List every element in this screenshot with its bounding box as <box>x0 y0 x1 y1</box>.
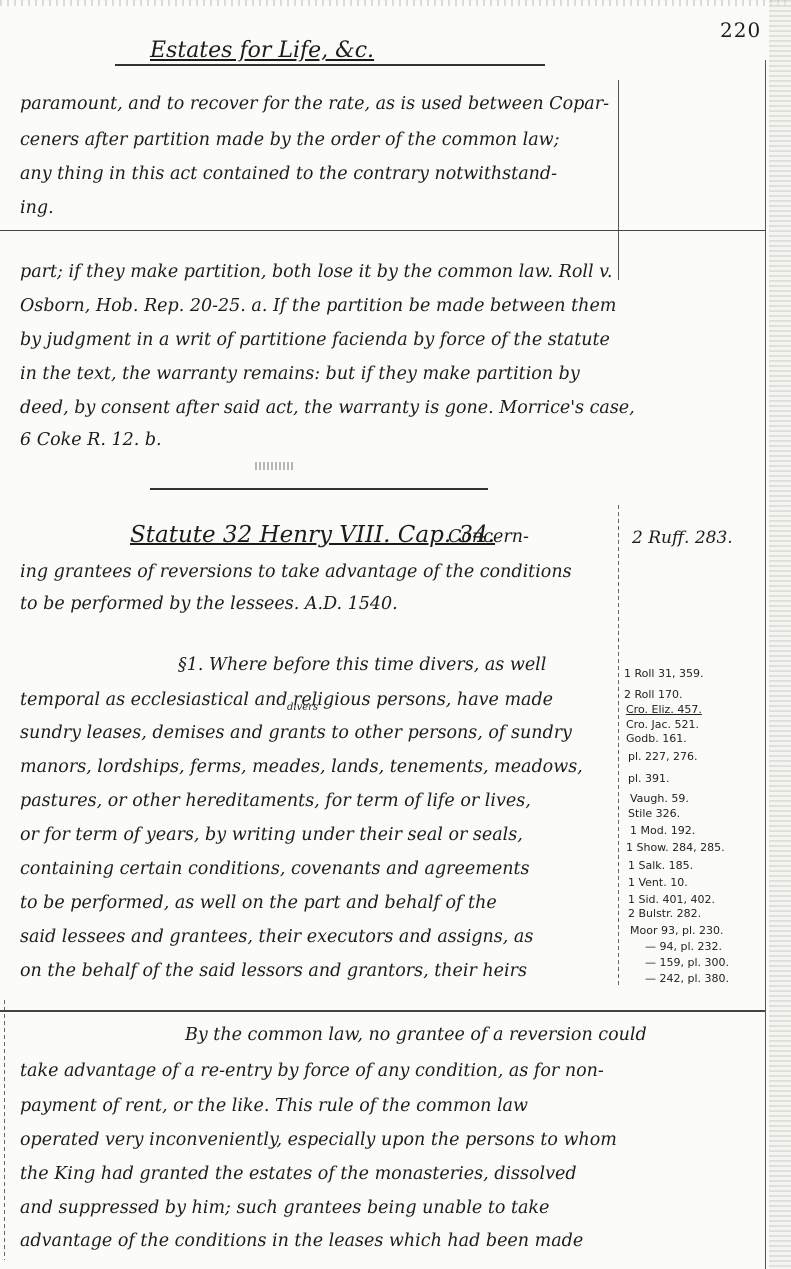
left-rule <box>4 1000 5 1260</box>
page-number: 220 <box>720 18 761 42</box>
text-line: manors, lordships, ferms, meades, lands,… <box>20 757 583 777</box>
margin-citation: pl. 227, 276. <box>628 750 698 763</box>
text-line: containing certain conditions, covenants… <box>20 859 530 879</box>
text-line: ing. <box>20 198 54 218</box>
text-line: operated very inconveniently, especially… <box>20 1130 617 1150</box>
text-line: take advantage of a re-entry by force of… <box>20 1061 604 1081</box>
text-line: any thing in this act contained to the c… <box>20 164 557 184</box>
text-line: ing grantees of reversions to take advan… <box>20 562 572 582</box>
text-line: sundry leases, demises and grants to oth… <box>20 723 572 743</box>
section-divider <box>0 1010 765 1012</box>
margin-citation: 1 Salk. 185. <box>628 859 693 872</box>
margin-citation: — 159, pl. 300. <box>645 956 729 969</box>
margin-citation: 1 Mod. 192. <box>630 824 695 837</box>
section-divider <box>150 488 488 490</box>
text-line: part; if they make partition, both lose … <box>20 262 612 282</box>
text-line: pastures, or other hereditaments, for te… <box>20 791 531 811</box>
margin-citation: 1 Sid. 401, 402. <box>628 893 715 906</box>
margin-citation: Vaugh. 59. <box>630 792 689 805</box>
section-1-opening: §1. Where before this time divers, as we… <box>178 655 546 675</box>
text-line: in the text, the warranty remains: but i… <box>20 364 580 384</box>
text-line: paramount, and to recover for the rate, … <box>20 94 609 114</box>
margin-citation: Godb. 161. <box>626 732 687 745</box>
statute-title: Statute 32 Henry VIII. Cap. 34. <box>130 522 495 548</box>
margin-citation: Stile 326. <box>628 807 680 820</box>
margin-reference: 2 Ruff. 283. <box>632 528 733 548</box>
text-line: on the behalf of the said lessors and gr… <box>20 961 527 981</box>
text-line: to be performed, as well on the part and… <box>20 893 497 913</box>
text-line: and suppressed by him; such grantees bei… <box>20 1198 549 1218</box>
margin-rule <box>618 505 619 985</box>
margin-citation: Cro. Jac. 521. <box>626 718 699 731</box>
section-divider <box>0 230 765 231</box>
text-line: advantage of the conditions in the lease… <box>20 1231 583 1251</box>
margin-citation: Cro. Eliz. 457. <box>626 703 702 716</box>
text-line: the King had granted the estates of the … <box>20 1164 577 1184</box>
margin-citation: — 94, pl. 232. <box>645 940 722 953</box>
text-line: payment of rent, or the like. This rule … <box>20 1096 528 1116</box>
text-line: ceners after partition made by the order… <box>20 130 560 150</box>
text-line: said lessees and grantees, their executo… <box>20 927 533 947</box>
manuscript-page: 220 Estates for Life, &c. paramount, and… <box>0 0 791 1269</box>
margin-citation: pl. 391. <box>628 772 670 785</box>
scan-noise <box>0 0 791 6</box>
text-line: or for term of years, by writing under t… <box>20 825 523 845</box>
margin-citation: 2 Roll 170. <box>624 688 682 701</box>
margin-citation: Moor 93, pl. 230. <box>630 924 723 937</box>
ink-smudge <box>255 462 295 470</box>
text-line: Osborn, Hob. Rep. 20-25. a. If the parti… <box>20 296 616 316</box>
text-line: by judgment in a writ of partitione faci… <box>20 330 610 350</box>
text-line: 6 Coke R. 12. b. <box>20 430 162 450</box>
text-line: By the common law, no grantee of a rever… <box>185 1025 647 1045</box>
statute-title-continuation: Concern- <box>448 527 529 547</box>
margin-citation: 1 Roll 31, 359. <box>624 667 703 680</box>
margin-citation: 1 Vent. 10. <box>628 876 688 889</box>
text-line: to be performed by the lessees. A.D. 154… <box>20 594 398 614</box>
margin-citation: — 242, pl. 380. <box>645 972 729 985</box>
heading-rule <box>115 64 545 66</box>
interlinear-insert: divers <box>287 702 318 713</box>
page-heading: Estates for Life, &c. <box>150 38 374 63</box>
outer-margin-rule <box>765 60 766 1269</box>
text-line: deed, by consent after said act, the war… <box>20 398 635 418</box>
page-edge <box>769 0 791 1269</box>
margin-citation: 1 Show. 284, 285. <box>626 841 725 854</box>
margin-rule <box>618 80 619 280</box>
margin-citation: 2 Bulstr. 282. <box>628 907 701 920</box>
